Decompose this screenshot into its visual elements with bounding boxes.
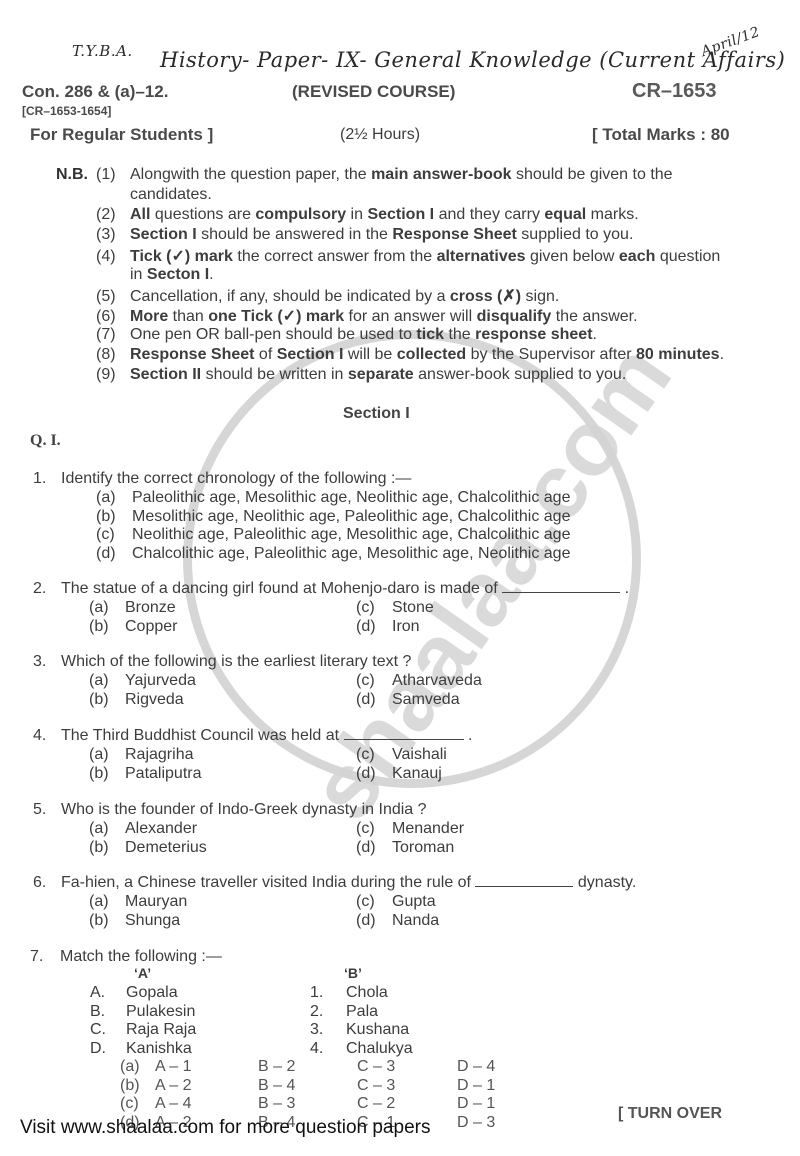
match-pair: A – 4 <box>155 1095 191 1113</box>
option-c[interactable]: (c)Neolithic age, Paleolithic age, Mesol… <box>96 526 570 544</box>
question-stem: 3.Which of the following is the earliest… <box>33 653 411 671</box>
question-number: 3. <box>33 653 61 671</box>
match-pair: D – 1 <box>457 1095 495 1113</box>
column-a-title: ‘A’ <box>134 965 151 981</box>
option-label: (c) <box>356 746 392 764</box>
nb-item: (1)Alongwith the question paper, the mai… <box>96 166 673 184</box>
match-pair: C – 2 <box>357 1095 395 1113</box>
nb-item: (5)Cancellation, if any, should be indic… <box>96 286 559 306</box>
total-marks: [ Total Marks : 80 <box>592 125 730 145</box>
option-a[interactable]: (a)Rajagriha <box>89 746 193 764</box>
option-text: Mauryan <box>125 893 187 910</box>
item-text: Pala <box>346 1003 378 1020</box>
question-suffix: . <box>464 727 473 744</box>
nb-item-number: (3) <box>96 226 130 244</box>
option-b[interactable]: (b)Mesolithic age, Neolithic age, Paleol… <box>96 508 570 526</box>
option-label: (a) <box>89 599 125 617</box>
nb-item-number: (9) <box>96 366 130 384</box>
option-label: (b) <box>89 765 125 783</box>
nb-item-continuation: candidates. <box>130 186 212 204</box>
option-b[interactable]: (b)Demeterius <box>89 839 207 857</box>
item-label: 1. <box>310 984 346 1002</box>
question-number: 7. <box>30 948 60 966</box>
nb-item-number: (8) <box>96 346 130 364</box>
option-text: Demeterius <box>125 839 207 856</box>
option-text: Toroman <box>392 839 454 856</box>
question-text: Fa-hien, a Chinese traveller visited Ind… <box>61 874 471 891</box>
option-label: (a) <box>120 1058 140 1076</box>
option-a[interactable]: (a)Mauryan <box>89 893 187 911</box>
option-label: (c) <box>96 526 132 544</box>
match-pair: B – 2 <box>258 1058 295 1076</box>
item-label: 3. <box>310 1021 346 1039</box>
option-text: Kanauj <box>392 765 442 782</box>
question-stem: 1.Identify the correct chronology of the… <box>33 470 411 488</box>
question-number: 6. <box>33 874 61 892</box>
answer-blank <box>344 727 464 740</box>
cr-range: [CR–1653-1654] <box>22 104 111 118</box>
option-text: Shunga <box>125 912 180 929</box>
option-b[interactable]: (b)Shunga <box>89 912 180 930</box>
option-label: (a) <box>89 746 125 764</box>
nb-item: (7)One pen OR ball-pen should be used to… <box>96 326 597 344</box>
option-a[interactable]: (a)Alexander <box>89 820 197 838</box>
match-pair: D – 4 <box>457 1058 495 1076</box>
match-pair: C – 3 <box>357 1077 395 1095</box>
nb-item-text: Tick (✓) mark the correct answer from th… <box>130 248 720 265</box>
option-a[interactable]: (a)Bronze <box>89 599 176 617</box>
option-text: Rigveda <box>125 691 184 708</box>
match-pair: A – 2 <box>155 1077 191 1095</box>
option-text: Nanda <box>392 912 439 929</box>
option-label: (a) <box>89 672 125 690</box>
column-b-item: 2.Pala <box>310 1003 378 1021</box>
nb-item-text: Section II should be written in separate… <box>130 366 626 383</box>
option-text: Iron <box>392 618 420 635</box>
nb-item-text: More than one Tick (✓) mark for an answe… <box>130 308 638 325</box>
nb-item: (2)All questions are compulsory in Secti… <box>96 206 639 224</box>
question-number: 2. <box>33 580 61 598</box>
nb-item: (4)Tick (✓) mark the correct answer from… <box>96 246 720 266</box>
option-b[interactable]: (b)Pataliputra <box>89 765 202 783</box>
footer-link[interactable]: Visit www.shaalaa.com for more question … <box>20 1117 430 1139</box>
option-label: (a) <box>89 893 125 911</box>
nb-item-number: (5) <box>96 288 130 306</box>
item-text: Kushana <box>346 1021 409 1038</box>
match-pair: A – 1 <box>155 1058 191 1076</box>
nb-item-number: (6) <box>96 308 130 326</box>
option-label: (c) <box>356 893 392 911</box>
option-b[interactable]: (b)Rigveda <box>89 691 184 709</box>
con-number: Con. 286 & (a)–12. <box>22 82 168 102</box>
option-label: (d) <box>96 545 132 563</box>
option-a[interactable]: (a)Paleolithic age, Mesolithic age, Neol… <box>96 489 570 507</box>
option-label: (b) <box>89 691 125 709</box>
option-b[interactable]: (b)Copper <box>89 618 177 636</box>
option-d[interactable]: (d)Toroman <box>356 839 454 857</box>
option-text: Gupta <box>392 893 436 910</box>
item-label: C. <box>90 1021 126 1039</box>
option-text: Atharvaveda <box>392 672 482 689</box>
item-text: Chalukya <box>346 1040 413 1057</box>
question-text: Identify the correct chronology of the f… <box>61 470 411 487</box>
match-pair: D – 3 <box>457 1114 495 1132</box>
nb-item-text: Alongwith the question paper, the main a… <box>130 166 673 183</box>
item-text: Chola <box>346 984 388 1001</box>
item-label: A. <box>90 984 126 1002</box>
nb-item: (9)Section II should be written in separ… <box>96 366 626 384</box>
option-c[interactable]: (c)Atharvaveda <box>356 672 482 690</box>
column-a-item: A.Gopala <box>90 984 178 1002</box>
option-d[interactable]: (d)Samveda <box>356 691 460 709</box>
nb-item-number: (4) <box>96 248 130 266</box>
item-text: Kanishka <box>126 1040 192 1057</box>
handwritten-title: History- Paper- IX- General Knowledge (C… <box>160 48 785 72</box>
option-d[interactable]: (d)Chalcolithic age, Paleolithic age, Me… <box>96 545 570 563</box>
option-text: Neolithic age, Paleolithic age, Mesolith… <box>132 526 570 543</box>
option-text: Rajagriha <box>125 746 193 763</box>
nb-item-number: (2) <box>96 206 130 224</box>
question-stem: 7.Match the following :— <box>30 948 222 966</box>
option-label: (d) <box>356 765 392 783</box>
question-stem: 5.Who is the founder of Indo-Greek dynas… <box>33 801 427 819</box>
nb-item-number: (1) <box>96 166 130 184</box>
column-a-item: B.Pulakesin <box>90 1003 195 1021</box>
item-label: 2. <box>310 1003 346 1021</box>
question-suffix: dynasty. <box>573 874 636 891</box>
nb-item-text: Section I should be answered in the Resp… <box>130 226 633 243</box>
nb-item-text: Cancellation, if any, should be indicate… <box>130 288 559 305</box>
question-text: The statue of a dancing girl found at Mo… <box>61 580 498 597</box>
nb-label: N.B. <box>56 166 88 184</box>
item-label: B. <box>90 1003 126 1021</box>
option-c[interactable]: (c)Stone <box>356 599 434 617</box>
column-b-item: 3.Kushana <box>310 1021 409 1039</box>
question-text: Which of the following is the earliest l… <box>61 653 411 670</box>
option-label: (d) <box>356 912 392 930</box>
question-text: The Third Buddhist Council was held at <box>61 727 339 744</box>
option-label: (b) <box>89 839 125 857</box>
item-text: Pulakesin <box>126 1003 195 1020</box>
question-stem: 4.The Third Buddhist Council was held at… <box>33 727 472 745</box>
column-a-item: C.Raja Raja <box>90 1021 196 1039</box>
match-pair: C – 3 <box>357 1058 395 1076</box>
revised-course: (REVISED COURSE) <box>292 82 455 102</box>
question-number: 1. <box>33 470 61 488</box>
duration: (2½ Hours) <box>340 126 420 144</box>
option-c[interactable]: (c)Gupta <box>356 893 436 911</box>
option-text: Samveda <box>392 691 460 708</box>
question-text: Who is the founder of Indo-Greek dynasty… <box>61 801 427 818</box>
option-label: (b) <box>89 912 125 930</box>
option-c[interactable]: (c)Vaishali <box>356 746 447 764</box>
column-b-item: 1.Chola <box>310 984 388 1002</box>
option-label: (d) <box>356 691 392 709</box>
question-number: 5. <box>33 801 61 819</box>
option-d[interactable]: (d)Iron <box>356 618 420 636</box>
answer-blank <box>502 580 620 593</box>
option-text: Menander <box>392 820 464 837</box>
nb-item: (6)More than one Tick (✓) mark for an an… <box>96 306 638 326</box>
option-text: Copper <box>125 618 177 635</box>
option-a[interactable]: (a)Yajurveda <box>89 672 196 690</box>
option-text: Vaishali <box>392 746 447 763</box>
nb-item-number: (7) <box>96 326 130 344</box>
option-text: Alexander <box>125 820 197 837</box>
question-stem: 6.Fa-hien, a Chinese traveller visited I… <box>33 874 636 892</box>
option-label: (c) <box>356 599 392 617</box>
question-stem: 2.The statue of a dancing girl found at … <box>33 580 629 598</box>
option-text: Chalcolithic age, Paleolithic age, Mesol… <box>132 545 570 562</box>
question-suffix: . <box>620 580 629 597</box>
item-label: D. <box>90 1040 126 1058</box>
regular-students: For Regular Students ] <box>30 125 213 145</box>
option-d[interactable]: (d)Kanauj <box>356 765 442 783</box>
handwritten-course: T.Y.B.A. <box>72 42 133 60</box>
column-a-item: D.Kanishka <box>90 1040 192 1058</box>
option-label: (c) <box>120 1095 139 1113</box>
answer-blank <box>475 874 573 887</box>
column-b-item: 4.Chalukya <box>310 1040 413 1058</box>
option-label: (b) <box>89 618 125 636</box>
item-label: 4. <box>310 1040 346 1058</box>
nb-item: (3)Section I should be answered in the R… <box>96 226 633 244</box>
option-label: (a) <box>96 489 132 507</box>
option-text: Bronze <box>125 599 176 616</box>
paper-code: CR–1653 <box>632 80 717 103</box>
section-title: Section I <box>343 405 410 423</box>
item-text: Gopala <box>126 984 178 1001</box>
option-text: Pataliputra <box>125 765 202 782</box>
turn-over: [ TURN OVER <box>618 1105 722 1123</box>
option-label: (a) <box>89 820 125 838</box>
item-text: Raja Raja <box>126 1021 196 1038</box>
nb-item: (8)Response Sheet of Section I will be c… <box>96 346 724 364</box>
nb-item-continuation: in Secton I. <box>130 266 214 284</box>
option-label: (c) <box>356 672 392 690</box>
option-text: Mesolithic age, Neolithic age, Paleolith… <box>132 508 570 525</box>
column-b-title: ‘B’ <box>344 965 362 981</box>
nb-item-text: Response Sheet of Section I will be coll… <box>130 346 724 363</box>
nb-item-text: One pen OR ball-pen should be used to ti… <box>130 326 597 343</box>
match-pair: B – 3 <box>258 1095 295 1113</box>
question-label: Q. I. <box>30 432 61 450</box>
option-d[interactable]: (d)Nanda <box>356 912 439 930</box>
option-label: (b) <box>120 1077 140 1095</box>
option-c[interactable]: (c)Menander <box>356 820 464 838</box>
option-label: (d) <box>356 618 392 636</box>
nb-item-text: All questions are compulsory in Section … <box>130 206 639 223</box>
match-pair: B – 4 <box>258 1077 295 1095</box>
option-text: Stone <box>392 599 434 616</box>
option-label: (b) <box>96 508 132 526</box>
option-text: Paleolithic age, Mesolithic age, Neolith… <box>132 489 570 506</box>
option-text: Yajurveda <box>125 672 196 689</box>
match-pair: D – 1 <box>457 1077 495 1095</box>
question-number: 4. <box>33 727 61 745</box>
option-label: (d) <box>356 839 392 857</box>
question-text: Match the following :— <box>60 948 222 965</box>
option-label: (c) <box>356 820 392 838</box>
